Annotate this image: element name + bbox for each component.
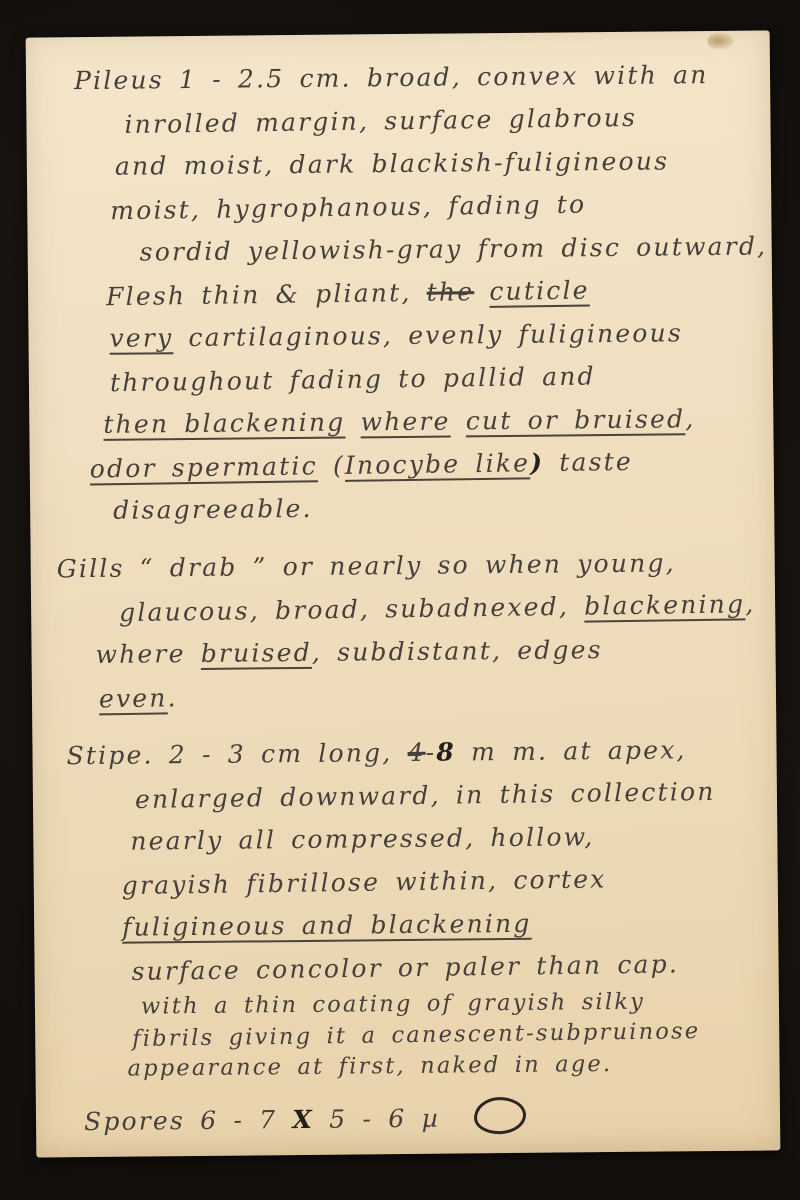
handwritten-line: disagreeable.: [113, 483, 764, 532]
text-segment: cartilaginous, evenly fuligineous: [173, 318, 683, 352]
handwritten-line: enlarged downward, in this collection: [135, 769, 768, 821]
text-segment: -: [426, 738, 437, 767]
section-gills: Gills “ drab ” or nearly so when young,g…: [57, 541, 767, 720]
handwritten-line: very cartilaginous, evenly fuligineous: [109, 311, 762, 360]
text-segment: ): [530, 448, 544, 477]
section-spores: Spores 6 - 7 X 5 - 6 µ: [62, 1094, 770, 1144]
handwritten-line: fuligineous and blackening: [122, 900, 768, 949]
index-card: Pileus 1 - 2.5 cm. broad, convex with an…: [26, 30, 781, 1157]
text-segment: inrolled margin, surface glabrous: [124, 103, 637, 139]
handwritten-line: nearly all compressed, hollow,: [130, 814, 767, 863]
card-text: Pileus 1 - 2.5 cm. broad, convex with an…: [52, 53, 770, 1144]
photo-background: Pileus 1 - 2.5 cm. broad, convex with an…: [0, 0, 800, 1200]
handwritten-line: moist, hygrophanous, fading to: [110, 180, 762, 232]
text-segment: where: [360, 407, 450, 437]
text-segment: X: [292, 1105, 314, 1134]
text-segment: moist, hygrophanous, fading to: [110, 190, 586, 226]
text-segment: [474, 277, 490, 306]
text-segment: even: [99, 683, 168, 713]
text-segment: [450, 406, 465, 435]
text-segment: 4: [407, 738, 425, 767]
handwritten-line: inrolled margin, surface glabrous: [124, 94, 761, 146]
text-segment: disagreeable.: [113, 494, 313, 525]
text-segment: grayish fibrillose within, cortex: [122, 864, 607, 900]
text-segment: m m. at apex,: [456, 735, 687, 766]
text-segment: 8: [436, 737, 456, 766]
text-segment: throughout fading to pallid and: [110, 361, 596, 397]
handwritten-line: throughout fading to pallid and: [110, 352, 764, 404]
text-segment: (: [318, 451, 346, 480]
text-segment: nearly all compressed, hollow,: [130, 822, 594, 855]
text-segment: cut or bruised: [466, 404, 686, 435]
text-segment: taste: [544, 447, 633, 477]
section-stipe: Stipe. 2 - 3 cm long, 4-8 m m. at apex,e…: [58, 728, 769, 1086]
spore-sketch-oval: [473, 1096, 527, 1135]
text-segment: glaucous, broad, subadnexed,: [119, 592, 584, 627]
handwritten-line: surface concolor or paler than cap.: [131, 941, 769, 993]
text-segment: .: [167, 683, 178, 712]
paper-stain: [708, 33, 734, 49]
handwritten-line: glaucous, broad, subadnexed, blackening,: [119, 582, 766, 634]
text-segment: fuligineous and blackening: [122, 909, 532, 942]
text-segment: the: [426, 277, 474, 307]
handwritten-line: sordid yellowish-gray from disc outward,: [139, 225, 761, 274]
text-segment: blackening: [584, 589, 745, 620]
text-segment: bruised: [201, 638, 312, 668]
text-segment: appearance at first, naked in age.: [127, 1051, 612, 1082]
handwritten-line: Flesh thin & pliant, the cuticle: [106, 266, 763, 318]
text-segment: Pileus 1 - 2.5 cm. broad, convex with an: [74, 60, 709, 95]
text-segment: enlarged downward, in this collection: [135, 777, 716, 814]
text-segment: 5 - 6 µ: [314, 1104, 440, 1134]
text-segment: Inocybe like: [345, 448, 531, 480]
text-segment: where: [95, 639, 200, 669]
text-segment: [345, 407, 360, 436]
handwritten-line: Spores 6 - 7 X 5 - 6 µ: [84, 1094, 770, 1144]
text-segment: cuticle: [489, 276, 590, 306]
handwritten-line: and moist, dark blackish-fuligineous: [115, 139, 761, 188]
text-segment: Spores 6 - 7: [84, 1105, 293, 1136]
text-segment: sordid yellowish-gray from disc outward,: [140, 231, 768, 266]
text-segment: very: [109, 323, 173, 353]
handwritten-line: grayish fibrillose within, cortex: [121, 855, 768, 907]
text-segment: Flesh thin & pliant,: [106, 278, 427, 311]
text-segment: , subdistant, edges: [312, 635, 603, 667]
text-segment: Gills “ drab ” or nearly so when young,: [57, 548, 676, 583]
text-segment: with a thin coating of grayish silky: [141, 989, 645, 1020]
section-pileus: Pileus 1 - 2.5 cm. broad, convex with an…: [52, 53, 765, 533]
text-segment: then blackening: [103, 408, 345, 439]
text-segment: surface concolor or paler than cap.: [131, 949, 679, 986]
text-segment: Stipe. 2 - 3 cm long,: [66, 738, 407, 770]
text-segment: odor spermatic: [90, 451, 318, 483]
text-segment: ,: [685, 404, 695, 433]
text-segment: and moist, dark blackish-fuligineous: [115, 146, 670, 180]
text-segment: fibrils giving it a canescent-subpruinos…: [132, 1018, 700, 1052]
text-segment: ,: [745, 589, 756, 618]
handwritten-line: even.: [99, 668, 767, 720]
